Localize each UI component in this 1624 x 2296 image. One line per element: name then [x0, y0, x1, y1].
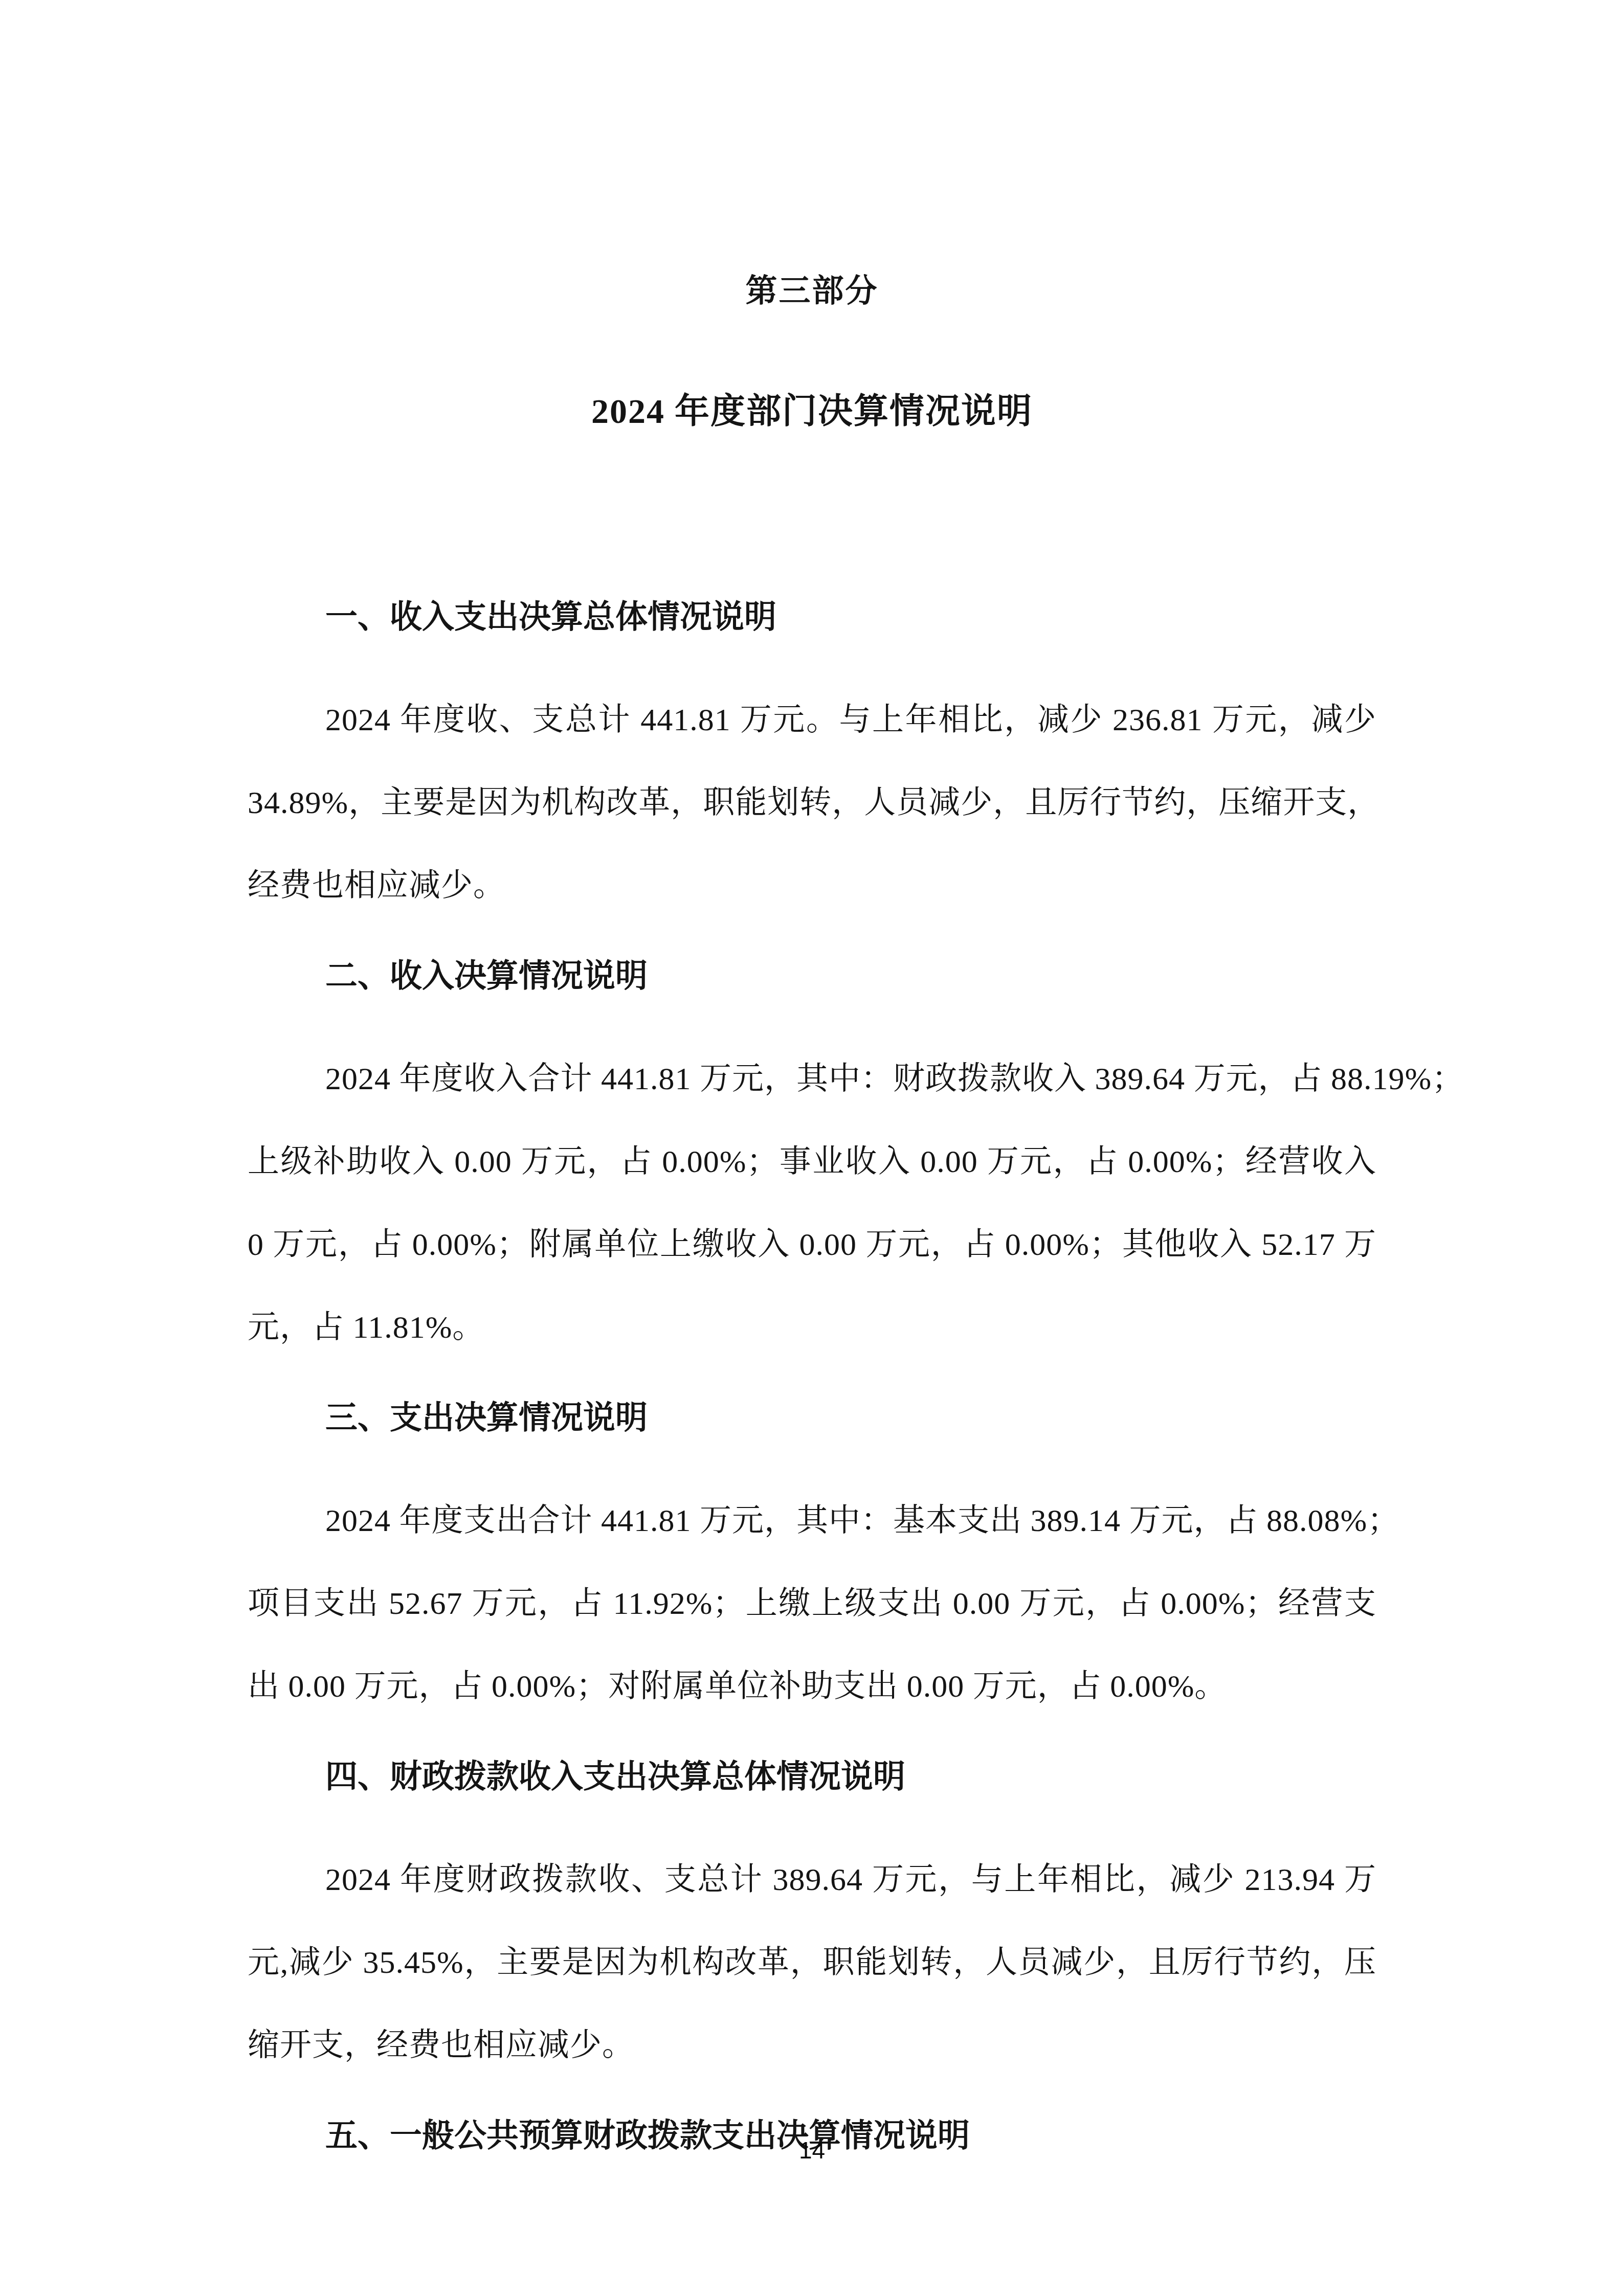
paragraph-line: 经费也相应减少。: [248, 844, 1376, 927]
section-heading: 一、收入支出决算总体情况说明: [248, 575, 1376, 658]
paragraph-line: 项目支出 52.67 万元，占 11.92%；上缴上级支出 0.00 万元，占 …: [248, 1562, 1376, 1645]
paragraph-line: 缩开支，经费也相应减少。: [248, 2004, 1376, 2087]
section-heading: 三、支出决算情况说明: [248, 1376, 1376, 1459]
paragraph-line: 元,减少 35.45%，主要是因为机构改革，职能划转，人员减少，且厉行节约，压: [248, 1921, 1376, 2004]
paragraph-line: 34.89%，主要是因为机构改革，职能划转，人员减少，且厉行节约，压缩开支，: [248, 761, 1376, 844]
doc-title: 2024 年度部门决算情况说明: [248, 391, 1376, 431]
page-content: 第三部分 2024 年度部门决算情况说明 一、收入支出决算总体情况说明2024 …: [248, 0, 1376, 2197]
sections-container: 一、收入支出决算总体情况说明2024 年度收、支总计 441.81 万元。与上年…: [248, 575, 1376, 2177]
section-paragraph: 2024 年度收、支总计 441.81 万元。与上年相比，减少 236.81 万…: [248, 679, 1376, 927]
paragraph-line: 元，占 11.81%。: [248, 1286, 1376, 1369]
section-paragraph: 2024 年度支出合计 441.81 万元，其中：基本支出 389.14 万元，…: [248, 1479, 1376, 1728]
section-heading: 五、一般公共预算财政拨款支出决算情况说明: [248, 2094, 1376, 2177]
document-page: 第三部分 2024 年度部门决算情况说明 一、收入支出决算总体情况说明2024 …: [0, 0, 1624, 2296]
paragraph-line: 2024 年度支出合计 441.81 万元，其中：基本支出 389.14 万元，…: [248, 1479, 1376, 1562]
page-number: 14: [799, 2137, 825, 2164]
page-footer: 14: [0, 2136, 1624, 2164]
part-title: 第三部分: [248, 274, 1376, 309]
paragraph-line: 出 0.00 万元，占 0.00%；对附属单位补助支出 0.00 万元，占 0.…: [248, 1645, 1376, 1728]
section: 二、收入决算情况说明2024 年度收入合计 441.81 万元，其中：财政拨款收…: [248, 934, 1376, 1369]
section-paragraph: 2024 年度财政拨款收、支总计 389.64 万元，与上年相比，减少 213.…: [248, 1838, 1376, 2087]
section-heading: 四、财政拨款收入支出决算总体情况说明: [248, 1735, 1376, 1818]
section: 四、财政拨款收入支出决算总体情况说明2024 年度财政拨款收、支总计 389.6…: [248, 1735, 1376, 2087]
section-heading: 二、收入决算情况说明: [248, 934, 1376, 1017]
paragraph-line: 上级补助收入 0.00 万元，占 0.00%；事业收入 0.00 万元，占 0.…: [248, 1120, 1376, 1203]
section: 三、支出决算情况说明2024 年度支出合计 441.81 万元，其中：基本支出 …: [248, 1376, 1376, 1728]
paragraph-line: 2024 年度财政拨款收、支总计 389.64 万元，与上年相比，减少 213.…: [248, 1838, 1376, 1921]
paragraph-line: 0 万元，占 0.00%；附属单位上缴收入 0.00 万元，占 0.00%；其他…: [248, 1203, 1376, 1286]
paragraph-line: 2024 年度收入合计 441.81 万元，其中：财政拨款收入 389.64 万…: [248, 1038, 1376, 1120]
section-paragraph: 2024 年度收入合计 441.81 万元，其中：财政拨款收入 389.64 万…: [248, 1038, 1376, 1369]
paragraph-line: 2024 年度收、支总计 441.81 万元。与上年相比，减少 236.81 万…: [248, 679, 1376, 761]
section: 一、收入支出决算总体情况说明2024 年度收、支总计 441.81 万元。与上年…: [248, 575, 1376, 927]
section: 五、一般公共预算财政拨款支出决算情况说明: [248, 2094, 1376, 2177]
